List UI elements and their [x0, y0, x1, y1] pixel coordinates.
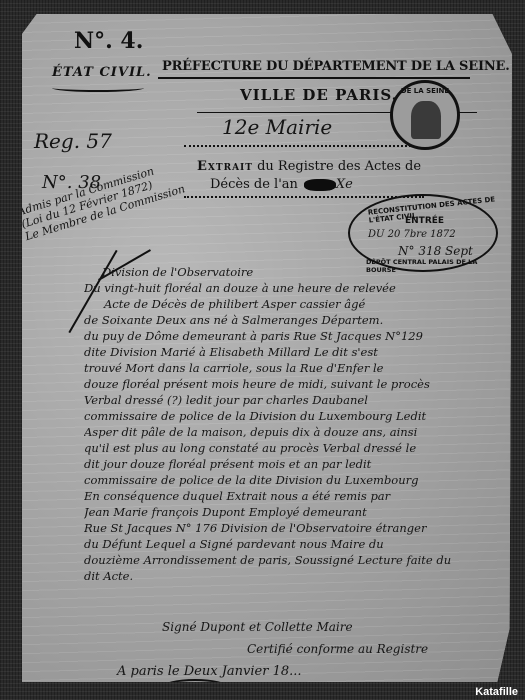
document-number: N°. 4. [74, 28, 143, 54]
seated-figure-icon [411, 101, 441, 139]
stamp-entree: ENTRÉE [405, 216, 444, 226]
heading-rule [158, 77, 470, 79]
signature-line: Signé Dupont et Collette Maire [162, 620, 353, 634]
civil-record-document: N°. 4. ÉTAT CIVIL. PRÉFECTURE DU DÉPARTE… [22, 14, 512, 682]
etat-civil-label: ÉTAT CIVIL. [52, 65, 152, 80]
body-line: Asper dit pâle de la maison, depuis dix … [84, 424, 502, 440]
body-line: Verbal dressé (?) ledit jour par charles… [84, 392, 502, 408]
body-line: Acte de Décès de philibert Asper cassier… [84, 296, 502, 312]
body-line: commissaire de police de la dite Divisio… [84, 472, 502, 488]
seal-text: DE LA SEINE [401, 87, 449, 95]
brace-ornament [52, 84, 144, 92]
year-suffix: Xe [336, 177, 353, 192]
body-line: du puy de Dôme demeurant à paris Rue St … [84, 328, 502, 344]
ink-blot [304, 179, 336, 191]
signature-flourish [162, 679, 228, 695]
body-line: commissaire de police de la Division du … [84, 408, 502, 424]
ville-heading: VILLE DE PARIS. [240, 86, 398, 104]
body-line: douzième Arrondissement de paris, Soussi… [84, 552, 502, 568]
body-line: dite Division Marié à Elisabeth Millard … [84, 344, 502, 360]
body-line: de Soixante Deux ans né à Salmeranges Dé… [84, 312, 502, 328]
body-line: douze floréal présent mois heure de midi… [84, 376, 502, 392]
body-line: du Défunt Lequel a Signé pardevant nous … [84, 536, 502, 552]
stamp-date: DU 20 7bre 1872 [368, 229, 456, 240]
register-number: Reg. 57 [34, 129, 112, 153]
stamp-register: N° 318 Sept [398, 244, 473, 258]
body-line: Rue St Jacques N° 176 Division de l'Obse… [84, 520, 502, 536]
extrait-rest: du Registre des Actes de [253, 159, 421, 174]
body-line: Du vingt-huit floréal an douze à une heu… [84, 280, 502, 296]
watermark: Katafille [475, 686, 518, 698]
prefecture-heading: PRÉFECTURE DU DÉPARTEMENT DE LA SEINE. [162, 59, 510, 74]
body-line: dit Acte. [84, 568, 502, 584]
body-line: dit jour douze floréal présent mois et a… [84, 456, 502, 472]
body-line: trouvé Mort dans la carriole, sous la Ru… [84, 360, 502, 376]
certification-line: Certifié conforme au Registre [247, 642, 428, 656]
body-line: Jean Marie françois Dupont Employé demeu… [84, 504, 502, 520]
prefecture-seal: DE LA SEINE [390, 80, 460, 150]
place-date-line: A paris le Deux Janvier 18... [117, 664, 302, 679]
body-line: Division de l'Observatoire [84, 264, 502, 280]
body-line: qu'il est plus au long constaté au procè… [84, 440, 502, 456]
reconstitution-stamp: RECONSTITUTION DES ACTES DE L'ÉTAT CIVIL… [348, 194, 498, 272]
body-line: En conséquence duquel Extrait nous a été… [84, 488, 502, 504]
death-record-body: Division de l'Observatoire Du vingt-huit… [84, 264, 502, 584]
mairie-handwritten: 12e Mairie [222, 115, 332, 139]
